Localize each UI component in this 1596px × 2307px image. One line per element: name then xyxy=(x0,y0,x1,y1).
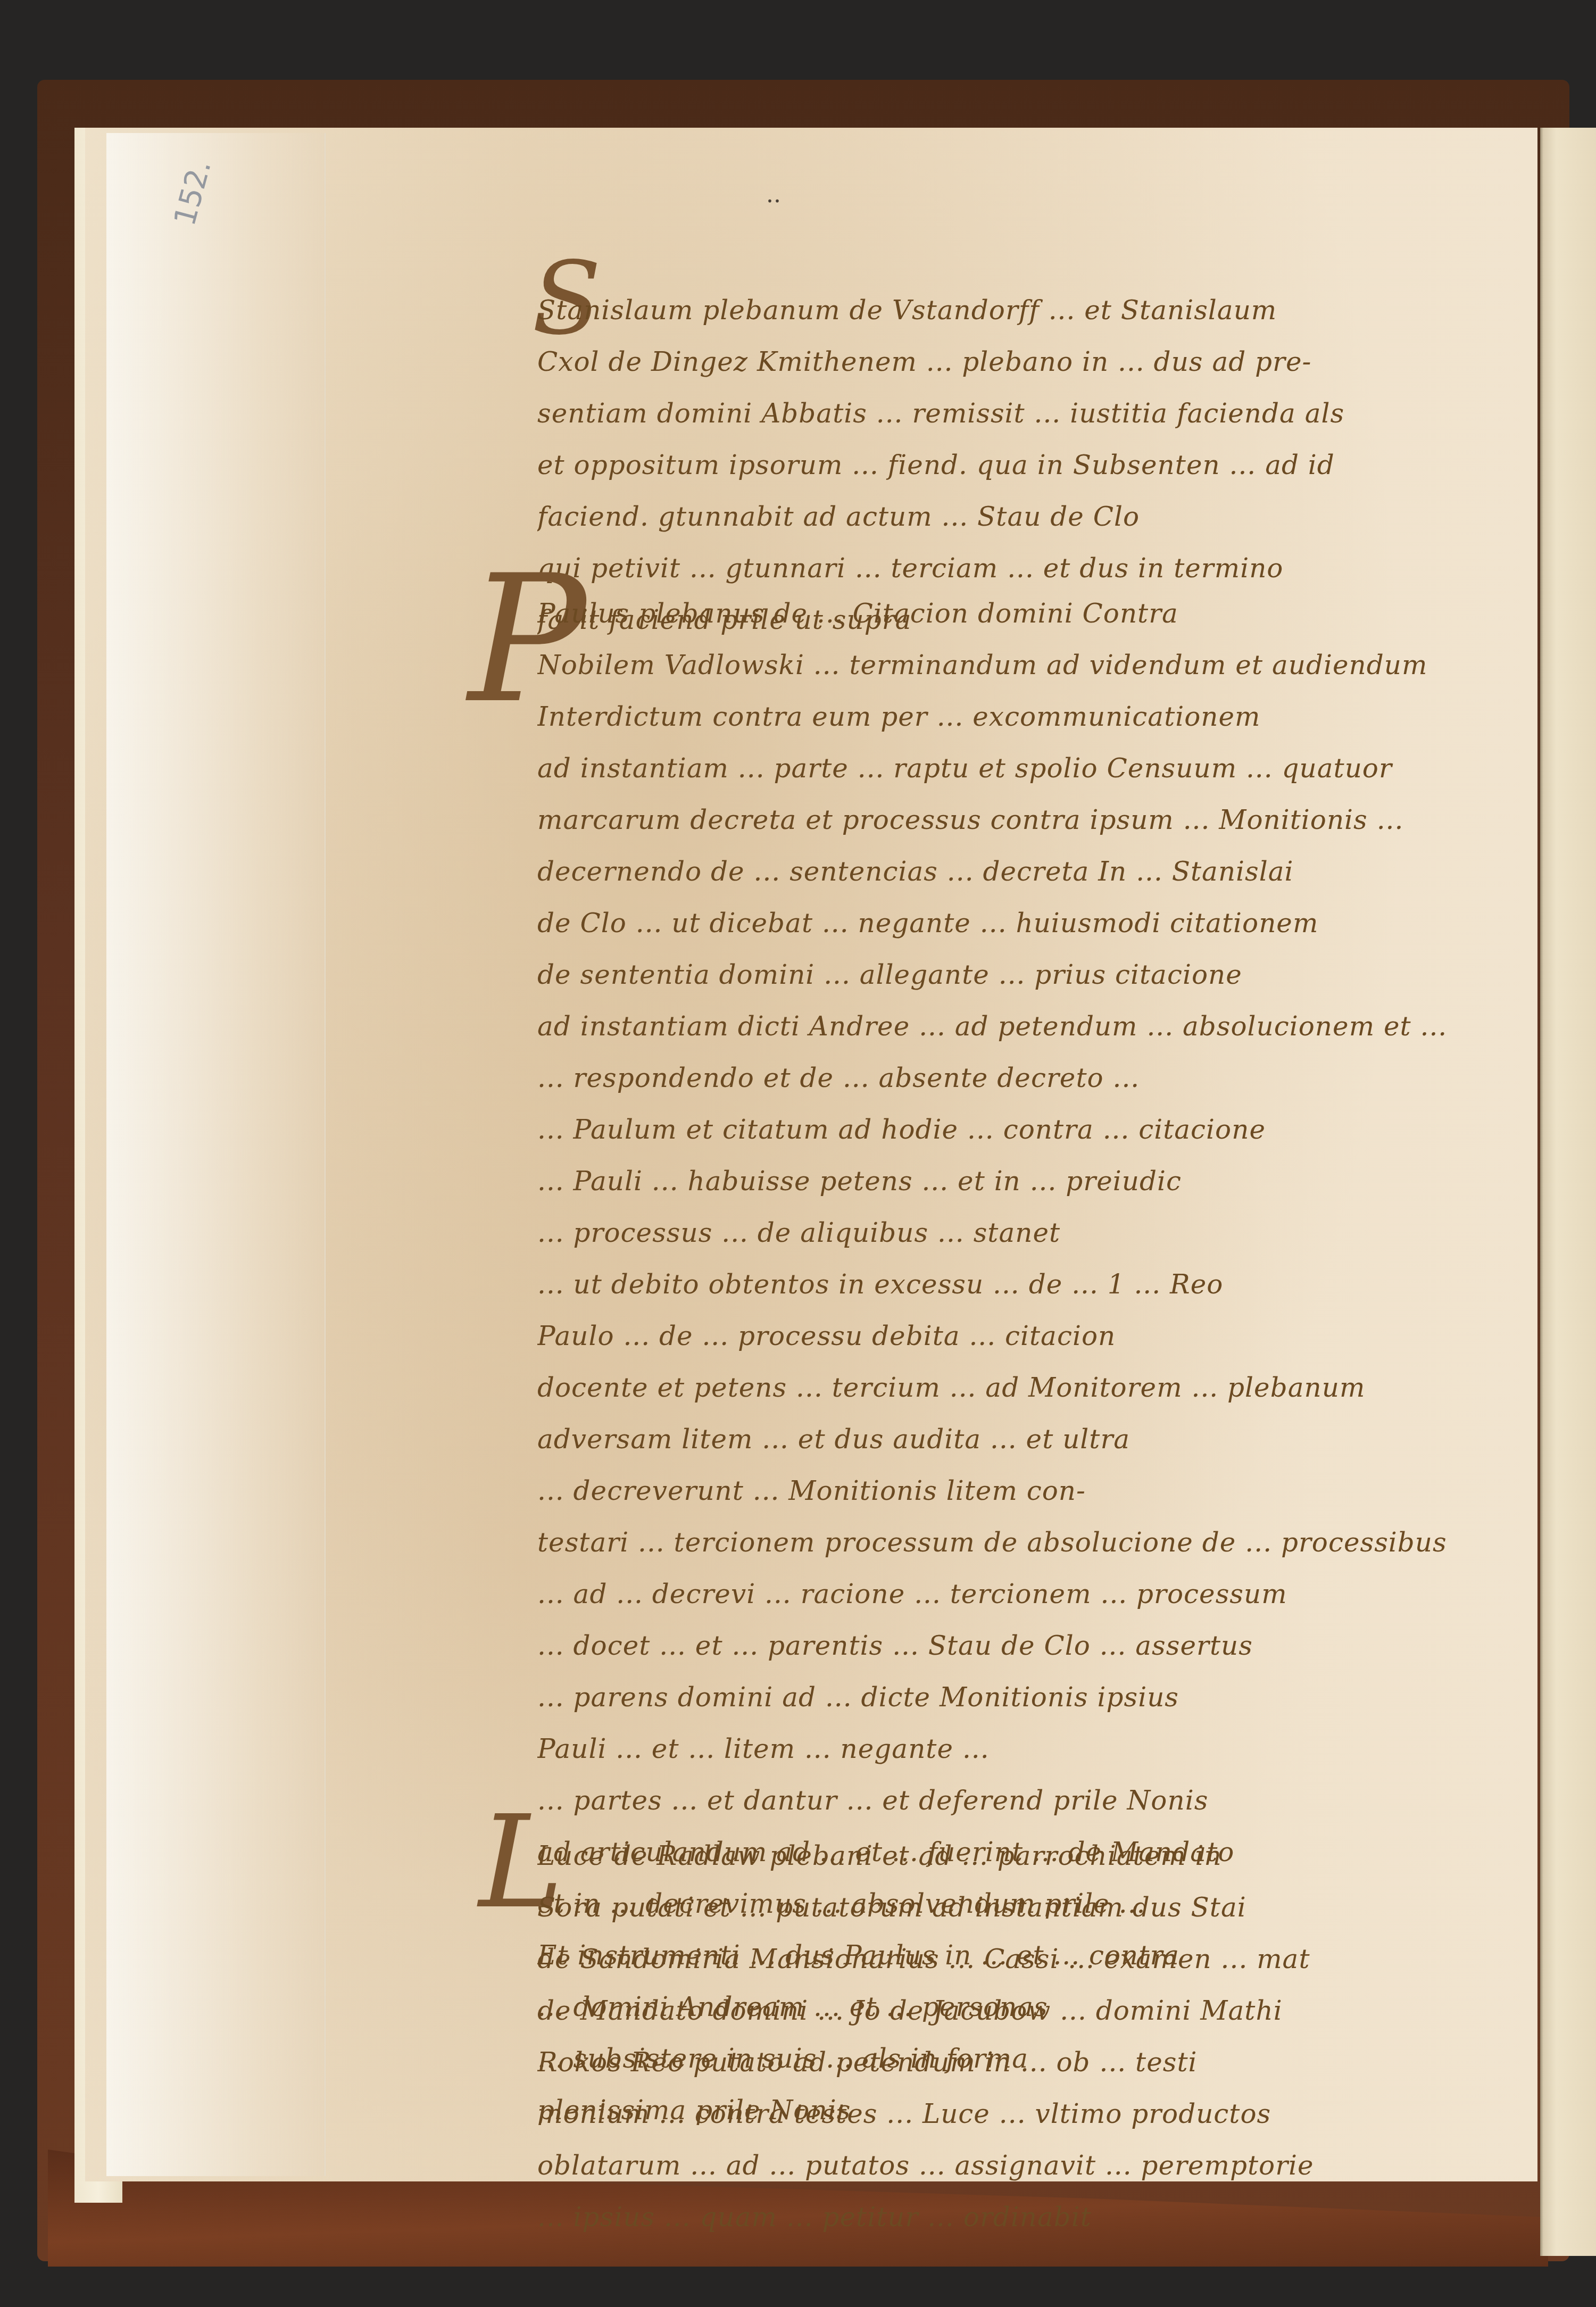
text-line: Pauli ... et ... litem ... negante ... xyxy=(537,1723,1484,1775)
text-line: Stanislaum plebanum de Vstandorff ... et… xyxy=(537,285,1484,336)
text-line: ad instantiam dicti Andree ... ad petend… xyxy=(537,1001,1484,1052)
text-line: de sententia domini ... allegante ... pr… xyxy=(537,949,1484,1001)
text-line: faciend. gtunnabit ad actum ... Stau de … xyxy=(537,491,1484,543)
text-line: Rokos Reo putato ad petendum in ... ob .… xyxy=(537,2037,1484,2088)
text-line: ... decreverunt ... Monitionis litem con… xyxy=(537,1465,1484,1517)
text-line: ... Paulum et citatum ad hodie ... contr… xyxy=(537,1104,1484,1156)
text-line: ... parens domini ad ... dicte Monitioni… xyxy=(537,1672,1484,1723)
text-line: ... ipsius ... quam ... petitur ... ordi… xyxy=(537,2192,1484,2243)
text-line: testari ... tercionem processum de absol… xyxy=(537,1517,1484,1569)
text-line: de Clo ... ut dicebat ... negante ... hu… xyxy=(537,898,1484,949)
text-line: et oppositum ipsorum ... fiend. qua in S… xyxy=(537,439,1484,491)
text-line: Interdictum contra eum per ... excommuni… xyxy=(537,691,1484,743)
text-line: ... partes ... et dantur ... et deferend… xyxy=(537,1775,1484,1827)
text-line: oblatarum ... ad ... putatos ... assigna… xyxy=(537,2140,1484,2192)
text-line: Nobilem Vadlowski ... terminandum ad vid… xyxy=(537,640,1484,691)
text-line: ... docet ... et ... parentis ... Stau d… xyxy=(537,1620,1484,1672)
text-line: de Sandomiria Mansionarius ... Cassi ...… xyxy=(537,1933,1484,1985)
facing-page-edge xyxy=(1540,128,1596,2256)
text-line: decernendo de ... sentencias ... decreta… xyxy=(537,846,1484,898)
ink-mark: .. xyxy=(766,181,781,208)
text-line: Sora putati et ... putatorum ad instanti… xyxy=(537,1882,1484,1933)
text-line: docente et petens ... tercium ... ad Mon… xyxy=(537,1362,1484,1414)
text-line: Cxol de Dingez Kmithenem ... plebano in … xyxy=(537,336,1484,388)
repair-tissue-strip xyxy=(106,133,326,2176)
text-line: ... respondendo et de ... absente decret… xyxy=(537,1052,1484,1104)
text-line: de Mandato domini ... Jo de Jacubow ... … xyxy=(537,1985,1484,2037)
text-line: Paulus plebanus de ... Citacion domini C… xyxy=(537,588,1484,640)
text-line: Luce de Radlaw plebani et ad ... parroch… xyxy=(537,1830,1484,1882)
text-line: ... Pauli ... habuisse petens ... et in … xyxy=(537,1156,1484,1207)
text-line: monium ... contra testes ... Luce ... vl… xyxy=(537,2088,1484,2140)
text-line: ... ut debito obtentos in excessu ... de… xyxy=(537,1259,1484,1310)
text-line: marcarum decreta et processus contra ips… xyxy=(537,794,1484,846)
text-line: ad instantiam ... parte ... raptu et spo… xyxy=(537,743,1484,794)
text-line: ... processus ... de aliquibus ... stane… xyxy=(537,1207,1484,1259)
text-line: ... ad ... decrevi ... racione ... terci… xyxy=(537,1569,1484,1620)
text-line: sentiam domini Abbatis ... remissit ... … xyxy=(537,388,1484,439)
text-line: qui petivit ... gtunnari ... terciam ...… xyxy=(537,543,1484,594)
text-line: adversam litem ... et dus audita ... et … xyxy=(537,1414,1484,1465)
entry-paragraph-3: Luce de Radlaw plebani et ad ... parroch… xyxy=(537,1830,1484,2243)
text-line: Paulo ... de ... processu debita ... cit… xyxy=(537,1310,1484,1362)
